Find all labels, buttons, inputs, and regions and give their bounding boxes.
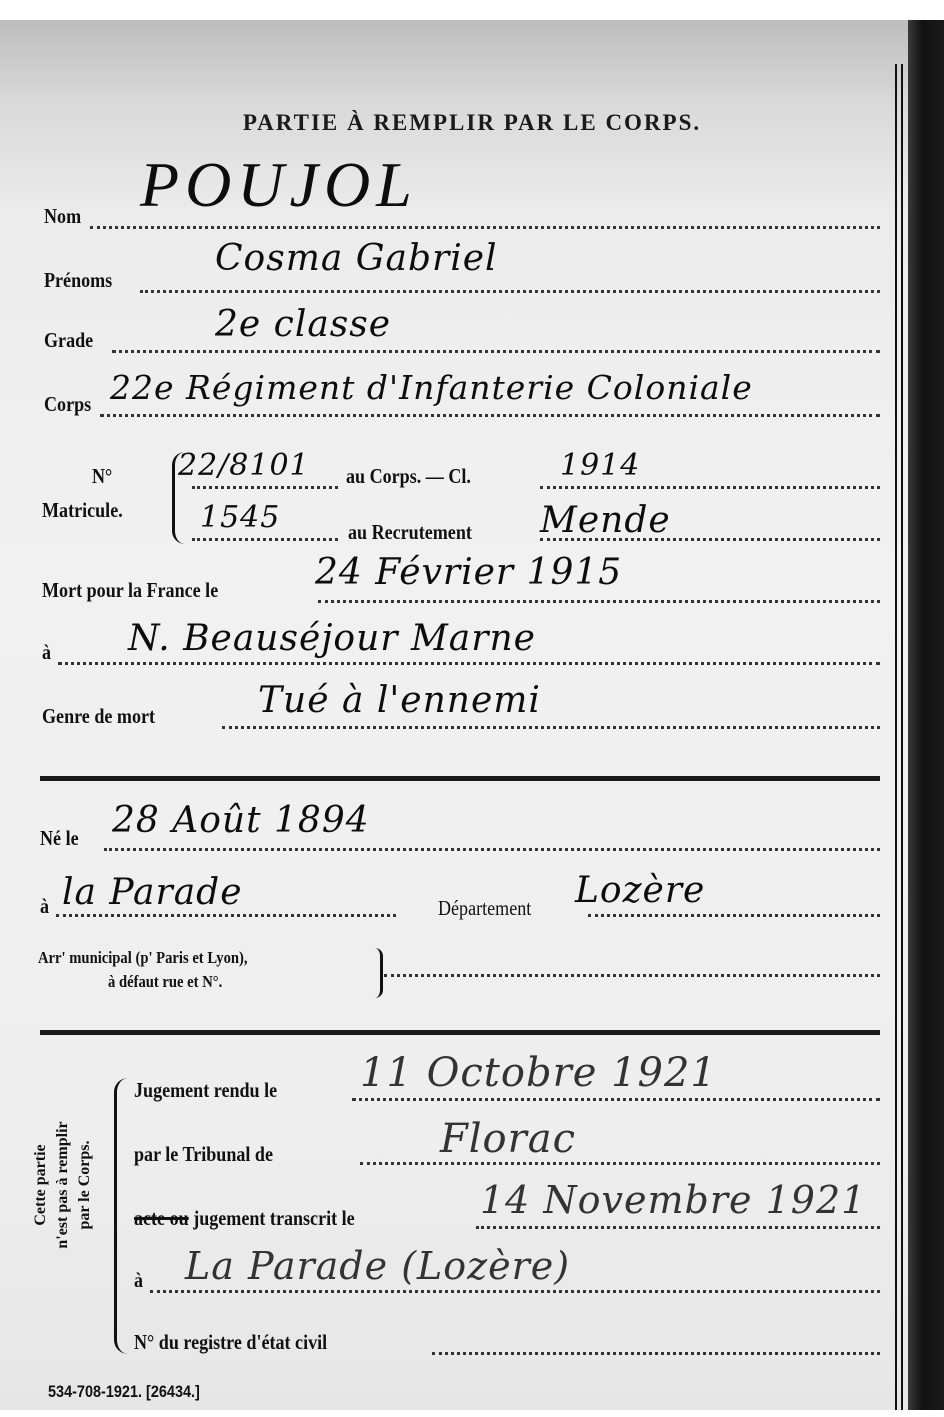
tribunal-line xyxy=(360,1162,880,1165)
transcrit-a-line xyxy=(150,1290,880,1293)
departement-line xyxy=(588,914,880,917)
corps-value: 22e Régiment d'Infanterie Coloniale xyxy=(110,368,753,407)
binding-edge xyxy=(908,20,944,1410)
side-note: Cette partie n'est pas à remplir par le … xyxy=(30,1080,96,1290)
departement-label: Département xyxy=(438,896,531,921)
corps-line xyxy=(100,414,880,417)
arrondissement-brace xyxy=(374,948,383,998)
mort-a-value: N. Beauséjour Marne xyxy=(128,618,536,659)
mort-le-label: Mort pour la France le xyxy=(42,578,218,603)
corps-number-value: 22/8101 xyxy=(178,448,310,483)
classe-value: 1914 xyxy=(560,448,640,483)
grade-line xyxy=(112,350,880,353)
ne-a-line xyxy=(56,914,396,917)
ne-le-label: Né le xyxy=(40,826,79,851)
jugement-rendu-line xyxy=(352,1098,880,1101)
corps-label: Corps xyxy=(44,392,91,417)
form-title: PARTIE À REMPLIR PAR LE CORPS. xyxy=(0,110,944,136)
nom-value: POUJOL xyxy=(140,148,418,222)
au-recrutement-label: au Recrutement xyxy=(348,520,472,545)
mort-a-line xyxy=(58,662,880,665)
recrutement-number-line xyxy=(192,538,338,541)
transcrit-value: 14 Novembre 1921 xyxy=(480,1178,866,1222)
genre-de-mort-label: Genre de mort xyxy=(42,704,155,729)
classe-line xyxy=(540,486,880,489)
transcrit-label: acte ou jugement transcrit le xyxy=(134,1206,355,1231)
recrutement-place-value: Mende xyxy=(540,500,671,541)
side-note-line: par le Corps. xyxy=(74,1080,96,1290)
ne-a-value: la Parade xyxy=(62,872,243,913)
tribunal-value: Florac xyxy=(440,1116,576,1162)
margin-rule xyxy=(895,64,897,1410)
side-note-line: Cette partie xyxy=(30,1080,52,1290)
grade-label: Grade xyxy=(44,328,93,353)
registre-line xyxy=(432,1352,880,1355)
matricule-no-label: N° xyxy=(92,464,112,489)
genre-de-mort-value: Tué à l'ennemi xyxy=(258,680,541,721)
transcrit-text: jugement transcrit le xyxy=(193,1206,354,1230)
struck-text: acte ou xyxy=(134,1206,189,1230)
genre-de-mort-line xyxy=(222,726,880,729)
margin-rule xyxy=(901,64,903,1410)
au-corps-label: au Corps. — Cl. xyxy=(346,464,471,489)
nom-line xyxy=(90,226,880,229)
nom-label: Nom xyxy=(44,204,81,229)
ne-le-line xyxy=(104,848,880,851)
prenoms-label: Prénoms xyxy=(44,268,112,293)
mort-a-label: à xyxy=(42,640,51,665)
prenoms-line xyxy=(140,290,880,293)
arrondissement-line xyxy=(384,974,880,977)
departement-value: Lozère xyxy=(575,870,705,911)
tribunal-label: par le Tribunal de xyxy=(134,1142,273,1167)
print-reference: 534-708-1921. [26434.] xyxy=(48,1382,200,1402)
grade-value: 2e classe xyxy=(215,304,391,345)
corps-number-line xyxy=(192,486,338,489)
transcrit-line xyxy=(476,1226,880,1229)
arrondissement-label-2: à défaut rue et N°. xyxy=(108,972,222,992)
mort-le-line xyxy=(318,600,880,603)
mort-le-value: 24 Février 1915 xyxy=(315,552,622,593)
section-divider xyxy=(40,1030,880,1035)
jugement-rendu-label: Jugement rendu le xyxy=(134,1078,277,1103)
arrondissement-label-1: Arr' municipal (p' Paris et Lyon), xyxy=(38,948,248,968)
prenoms-value: Cosma Gabriel xyxy=(215,238,498,279)
judgement-brace xyxy=(114,1078,129,1354)
section-divider xyxy=(40,776,880,781)
jugement-rendu-value: 11 Octobre 1921 xyxy=(360,1050,717,1096)
recrutement-number-value: 1545 xyxy=(200,500,280,535)
registre-label: N° du registre d'état civil xyxy=(134,1330,327,1355)
ne-a-label: à xyxy=(40,894,49,919)
side-note-line: n'est pas à remplir xyxy=(52,1080,74,1290)
transcrit-a-label: à xyxy=(134,1268,143,1293)
ne-le-value: 28 Août 1894 xyxy=(112,800,370,841)
transcrit-a-value: La Parade (Lozère) xyxy=(185,1244,570,1288)
matricule-label: Matricule. xyxy=(42,498,123,523)
